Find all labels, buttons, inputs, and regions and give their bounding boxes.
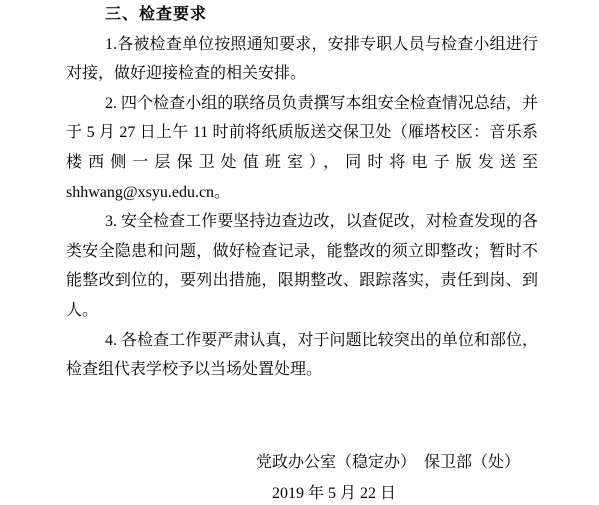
paragraph-1: 1.各被检查单位按照通知要求，安排专职人员与检查小组进行对接，做好迎接检查的相关… [66, 30, 538, 89]
paragraph-4: 4. 各检查工作要严肃认真，对于问题比较突出的单位和部位，检查组代表学校予以当场… [66, 326, 538, 385]
signature-line: 党政办公室（稳定办） 保卫部（处） [66, 448, 538, 478]
paragraph-2: 2. 四个检查小组的联络员负责撰写本组安全检查情况总结，并于 5 月 27 日上… [66, 89, 538, 207]
document-page: 三、检查要求 1.各被检查单位按照通知要求，安排专职人员与检查小组进行对接，做好… [0, 0, 599, 505]
section-heading: 三、检查要求 [66, 0, 538, 30]
paragraph-3: 3. 安全检查工作要坚持边查边改，以查促改，对检查发现的各类安全隐患和问题，做好… [66, 207, 538, 325]
date-line: 2019 年 5 月 22 日 [66, 479, 538, 505]
